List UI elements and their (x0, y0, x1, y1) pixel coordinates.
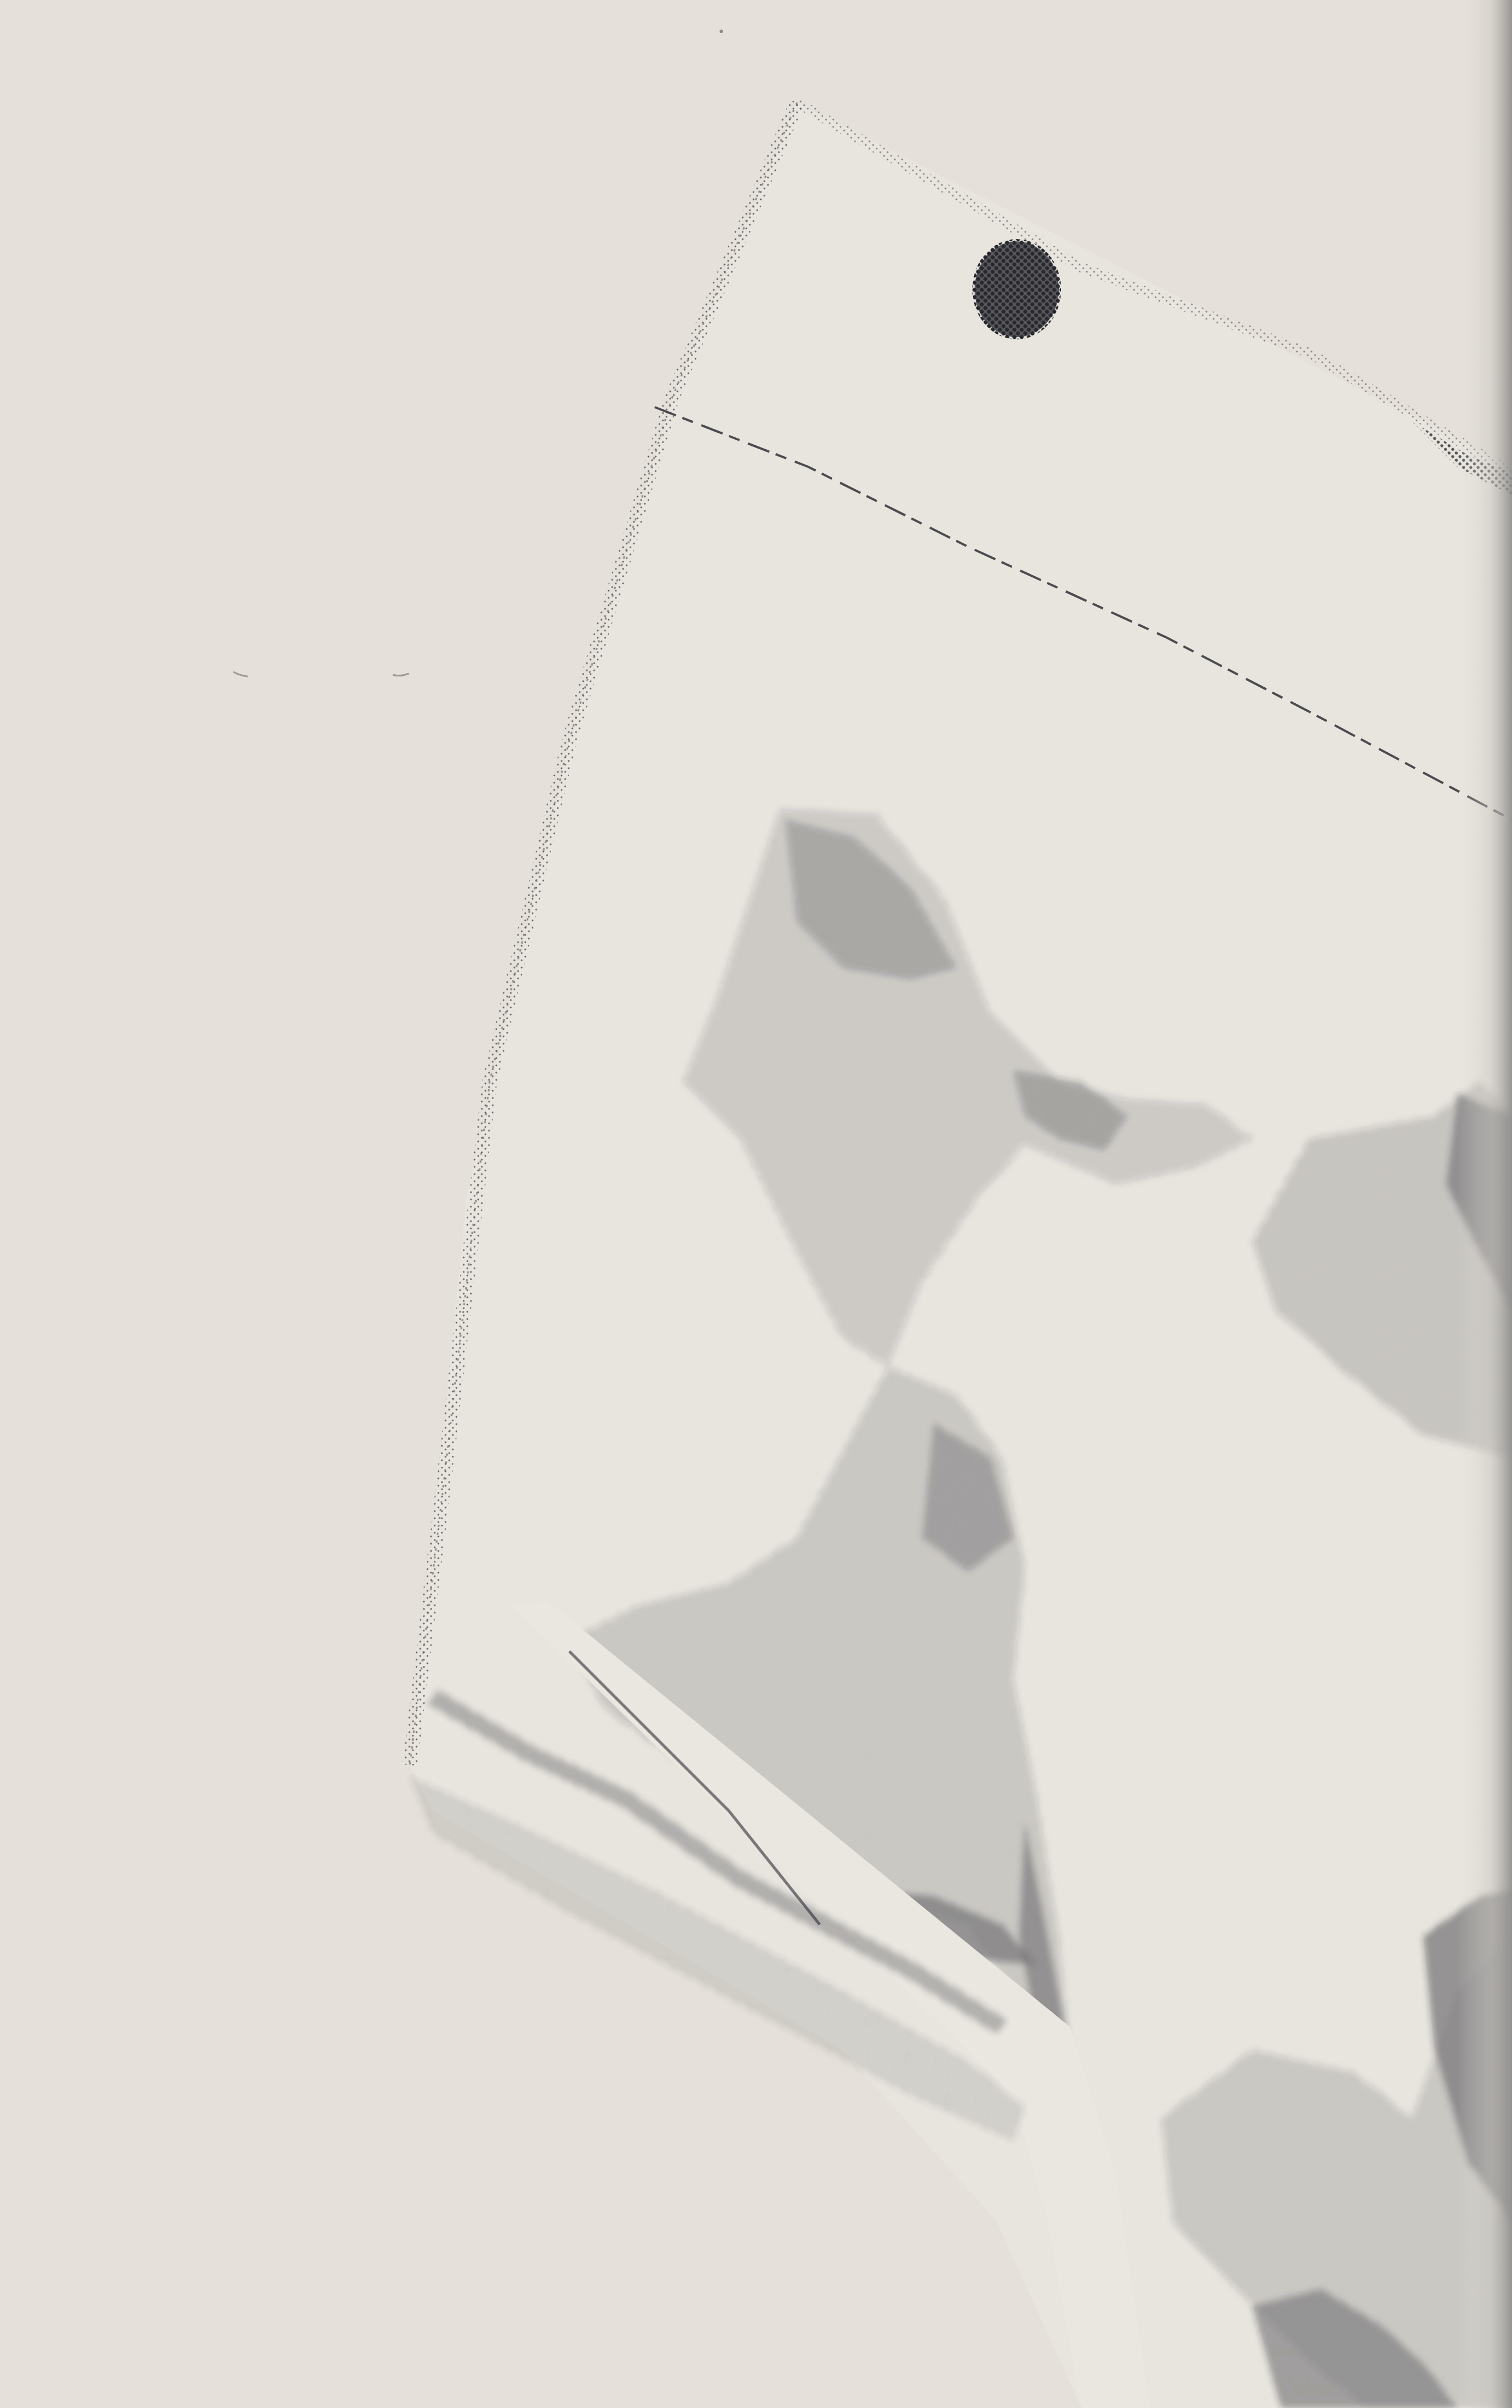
tag-photograph (0, 0, 1512, 2408)
book-page: Halftone photograph of a crumpled white … (0, 0, 1512, 2408)
